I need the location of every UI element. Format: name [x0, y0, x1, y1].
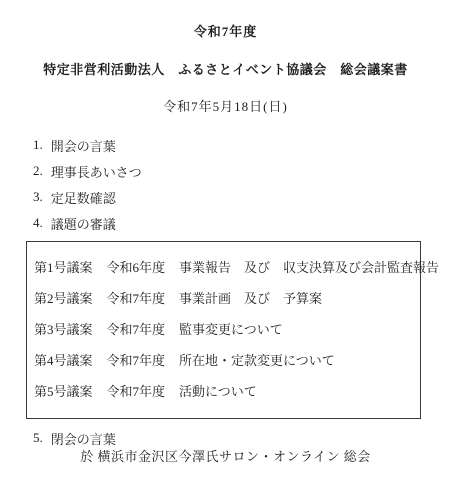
- proposal-number: 第4号議案: [34, 350, 93, 369]
- proposal-year: 令和6年度: [107, 257, 166, 276]
- proposal-subject: 所在地・定款変更について: [179, 350, 335, 369]
- agenda-item: 3. 定足数確認: [33, 189, 451, 205]
- proposal-subject: 事業計画 及び 予算案: [179, 288, 322, 307]
- agenda-item: 1. 開会の言葉: [33, 137, 451, 153]
- proposals-box: 第1号議案 令和6年度 事業報告 及び 収支決算及び会計監査報告 第2号議案 令…: [26, 241, 421, 419]
- agenda-list: 1. 開会の言葉 2. 理事長あいさつ 3. 定足数確認 4. 議題の審議: [33, 137, 451, 231]
- agenda-item: 4. 議題の審議: [33, 215, 451, 231]
- agenda-item-number: 4.: [33, 215, 43, 231]
- agenda-item-label: 開会の言葉: [51, 136, 116, 155]
- document-date: 令和7年5月18日(日): [0, 96, 451, 115]
- proposal-number: 第1号議案: [34, 257, 93, 276]
- proposal-year: 令和7年度: [107, 350, 166, 369]
- meeting-agenda-document: 令和7年度 特定非営利活動法人 ふるさとイベント協議会 総会議案書 令和7年5月…: [0, 0, 451, 477]
- proposal-year: 令和7年度: [107, 319, 166, 338]
- proposal-row: 第5号議案 令和7年度 活動について: [34, 382, 412, 398]
- closing-item-label: 閉会の言葉: [51, 429, 116, 448]
- proposal-number: 第5号議案: [34, 381, 93, 400]
- proposal-row: 第1号議案 令和6年度 事業報告 及び 収支決算及び会計監査報告: [34, 258, 412, 274]
- proposal-year: 令和7年度: [107, 288, 166, 307]
- document-title: 特定非営利活動法人 ふるさとイベント協議会 総会議案書: [0, 59, 451, 78]
- proposal-number: 第2号議案: [34, 288, 93, 307]
- agenda-item-label: 定足数確認: [51, 188, 116, 207]
- proposal-number: 第3号議案: [34, 319, 93, 338]
- agenda-item-number: 3.: [33, 189, 43, 205]
- agenda-item-number: 2.: [33, 163, 43, 179]
- proposal-row: 第3号議案 令和7年度 監事変更について: [34, 320, 412, 336]
- proposal-row: 第4号議案 令和7年度 所在地・定款変更について: [34, 351, 412, 367]
- proposal-row: 第2号議案 令和7年度 事業計画 及び 予算案: [34, 289, 412, 305]
- proposal-subject: 監事変更について: [179, 319, 283, 338]
- agenda-item: 2. 理事長あいさつ: [33, 163, 451, 179]
- closing-item: 5. 閉会の言葉: [33, 430, 451, 446]
- closing-item-number: 5.: [33, 430, 43, 446]
- venue-line: 於 横浜市金沢区今澤氏サロン・オンライン 総会: [0, 446, 451, 465]
- proposal-year: 令和7年度: [107, 381, 166, 400]
- fiscal-year-heading: 令和7年度: [0, 0, 451, 40]
- proposal-subject: 活動について: [179, 381, 257, 400]
- agenda-item-number: 1.: [33, 137, 43, 153]
- proposal-subject: 事業報告 及び 収支決算及び会計監査報告: [179, 257, 439, 276]
- agenda-item-label: 理事長あいさつ: [51, 162, 142, 181]
- agenda-item-label: 議題の審議: [51, 214, 116, 233]
